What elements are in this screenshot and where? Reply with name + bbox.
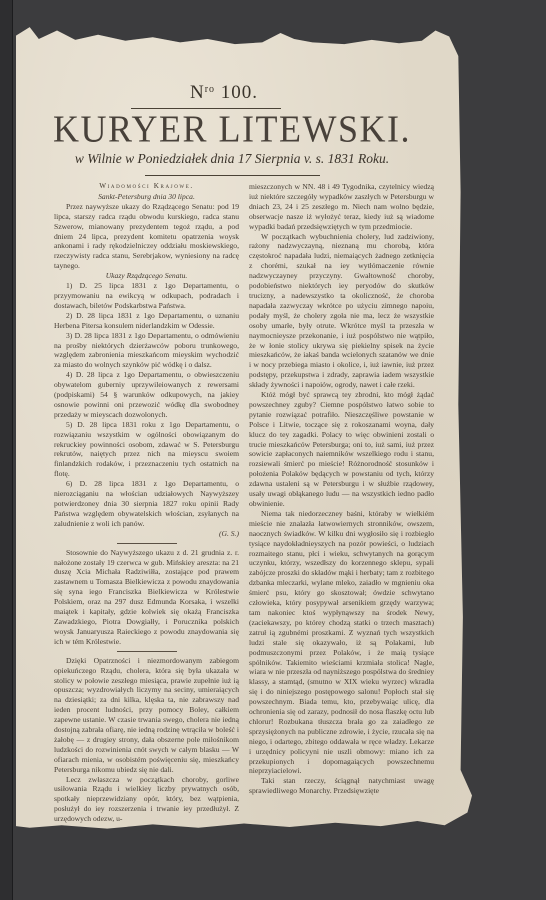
ukaz-item: 1) D. 25 lipca 1831 z 1go Departamentu, …: [54, 281, 239, 311]
newspaper-title: KURYER LITEWSKI.: [4, 108, 460, 150]
appointments-paragraph: Przez naywyższe ukazy do Rządzącego Sena…: [54, 202, 239, 271]
issue-number: Nro 100.: [190, 82, 258, 104]
issue-number-value: 100.: [221, 82, 258, 103]
ukazy-heading: Ukazy Rządzącego Senatu.: [54, 271, 239, 281]
issue-dateline: w Wilnie w Poniedziałek dnia 17 Sierpnia…: [4, 151, 460, 167]
article-paragraph: mieszczonych w NN. 48 i 49 Tygodnika, cz…: [249, 182, 434, 232]
ukaz-item: 3) D. 28 lipca 1831 z 1go Departamentu, …: [54, 331, 239, 371]
signature: (G. S.): [54, 529, 239, 539]
article-paragraph: Taki stan rzeczy, ściągnął natychmiast u…: [249, 776, 434, 796]
section-divider: [117, 543, 177, 544]
dispatch-dateline: Sankt-Petersburg dnia 30 lipca.: [54, 192, 239, 202]
ink-spot: [404, 844, 407, 850]
article-paragraph: W początkach wybuchnienia cholery, lud z…: [249, 232, 434, 391]
ukaz-item: 2) D. 28 lipca 1831 z 1go Departamentu, …: [54, 311, 239, 331]
section-heading: Wiadomości Krajowe.: [54, 182, 239, 192]
masthead-rule-bottom: [145, 175, 320, 176]
ukaz-item: 5) D. 28 lipca 1831 roku z 1go Departame…: [54, 420, 239, 479]
article-columns: Wiadomości Krajowe. Sankt-Petersburg dni…: [54, 182, 434, 824]
newspaper-page: Nro 100. KURYER LITEWSKI. w Wilnie w Pon…: [16, 22, 472, 872]
masthead: Nro 100. KURYER LITEWSKI. w Wilnie w Pon…: [16, 82, 472, 176]
right-column: mieszczonych w NN. 48 i 49 Tygodnika, cz…: [249, 182, 434, 824]
issue-number-suffix: ro: [205, 84, 215, 95]
article-paragraph: Któż mógł być sprawcą tey zbrodni, kto m…: [249, 390, 434, 509]
section-divider: [117, 651, 177, 652]
article-paragraph: Niema tak niedorzeczney baśni, którаby w…: [249, 509, 434, 776]
cholera-paragraph: Lecz zwłaszcza w początkach choroby, gor…: [54, 775, 239, 825]
ukaz-item: 4) D. 28 lipca z 1go Departamentu, o obw…: [54, 370, 239, 420]
issue-number-prefix: N: [190, 82, 205, 103]
ink-spot: [356, 874, 374, 876]
ukaz-item: 6) D. 28 lipca 1831 z 1go Departamentu, …: [54, 479, 239, 529]
scanner-edge: [0, 0, 13, 900]
cholera-paragraph: Dzięki Opatrzności i niezmordowanym zabi…: [54, 656, 239, 775]
sequestration-paragraph: Stosownie do Naywyższego ukazu z d. 21 g…: [54, 548, 239, 647]
left-column: Wiadomości Krajowe. Sankt-Petersburg dni…: [54, 182, 239, 824]
